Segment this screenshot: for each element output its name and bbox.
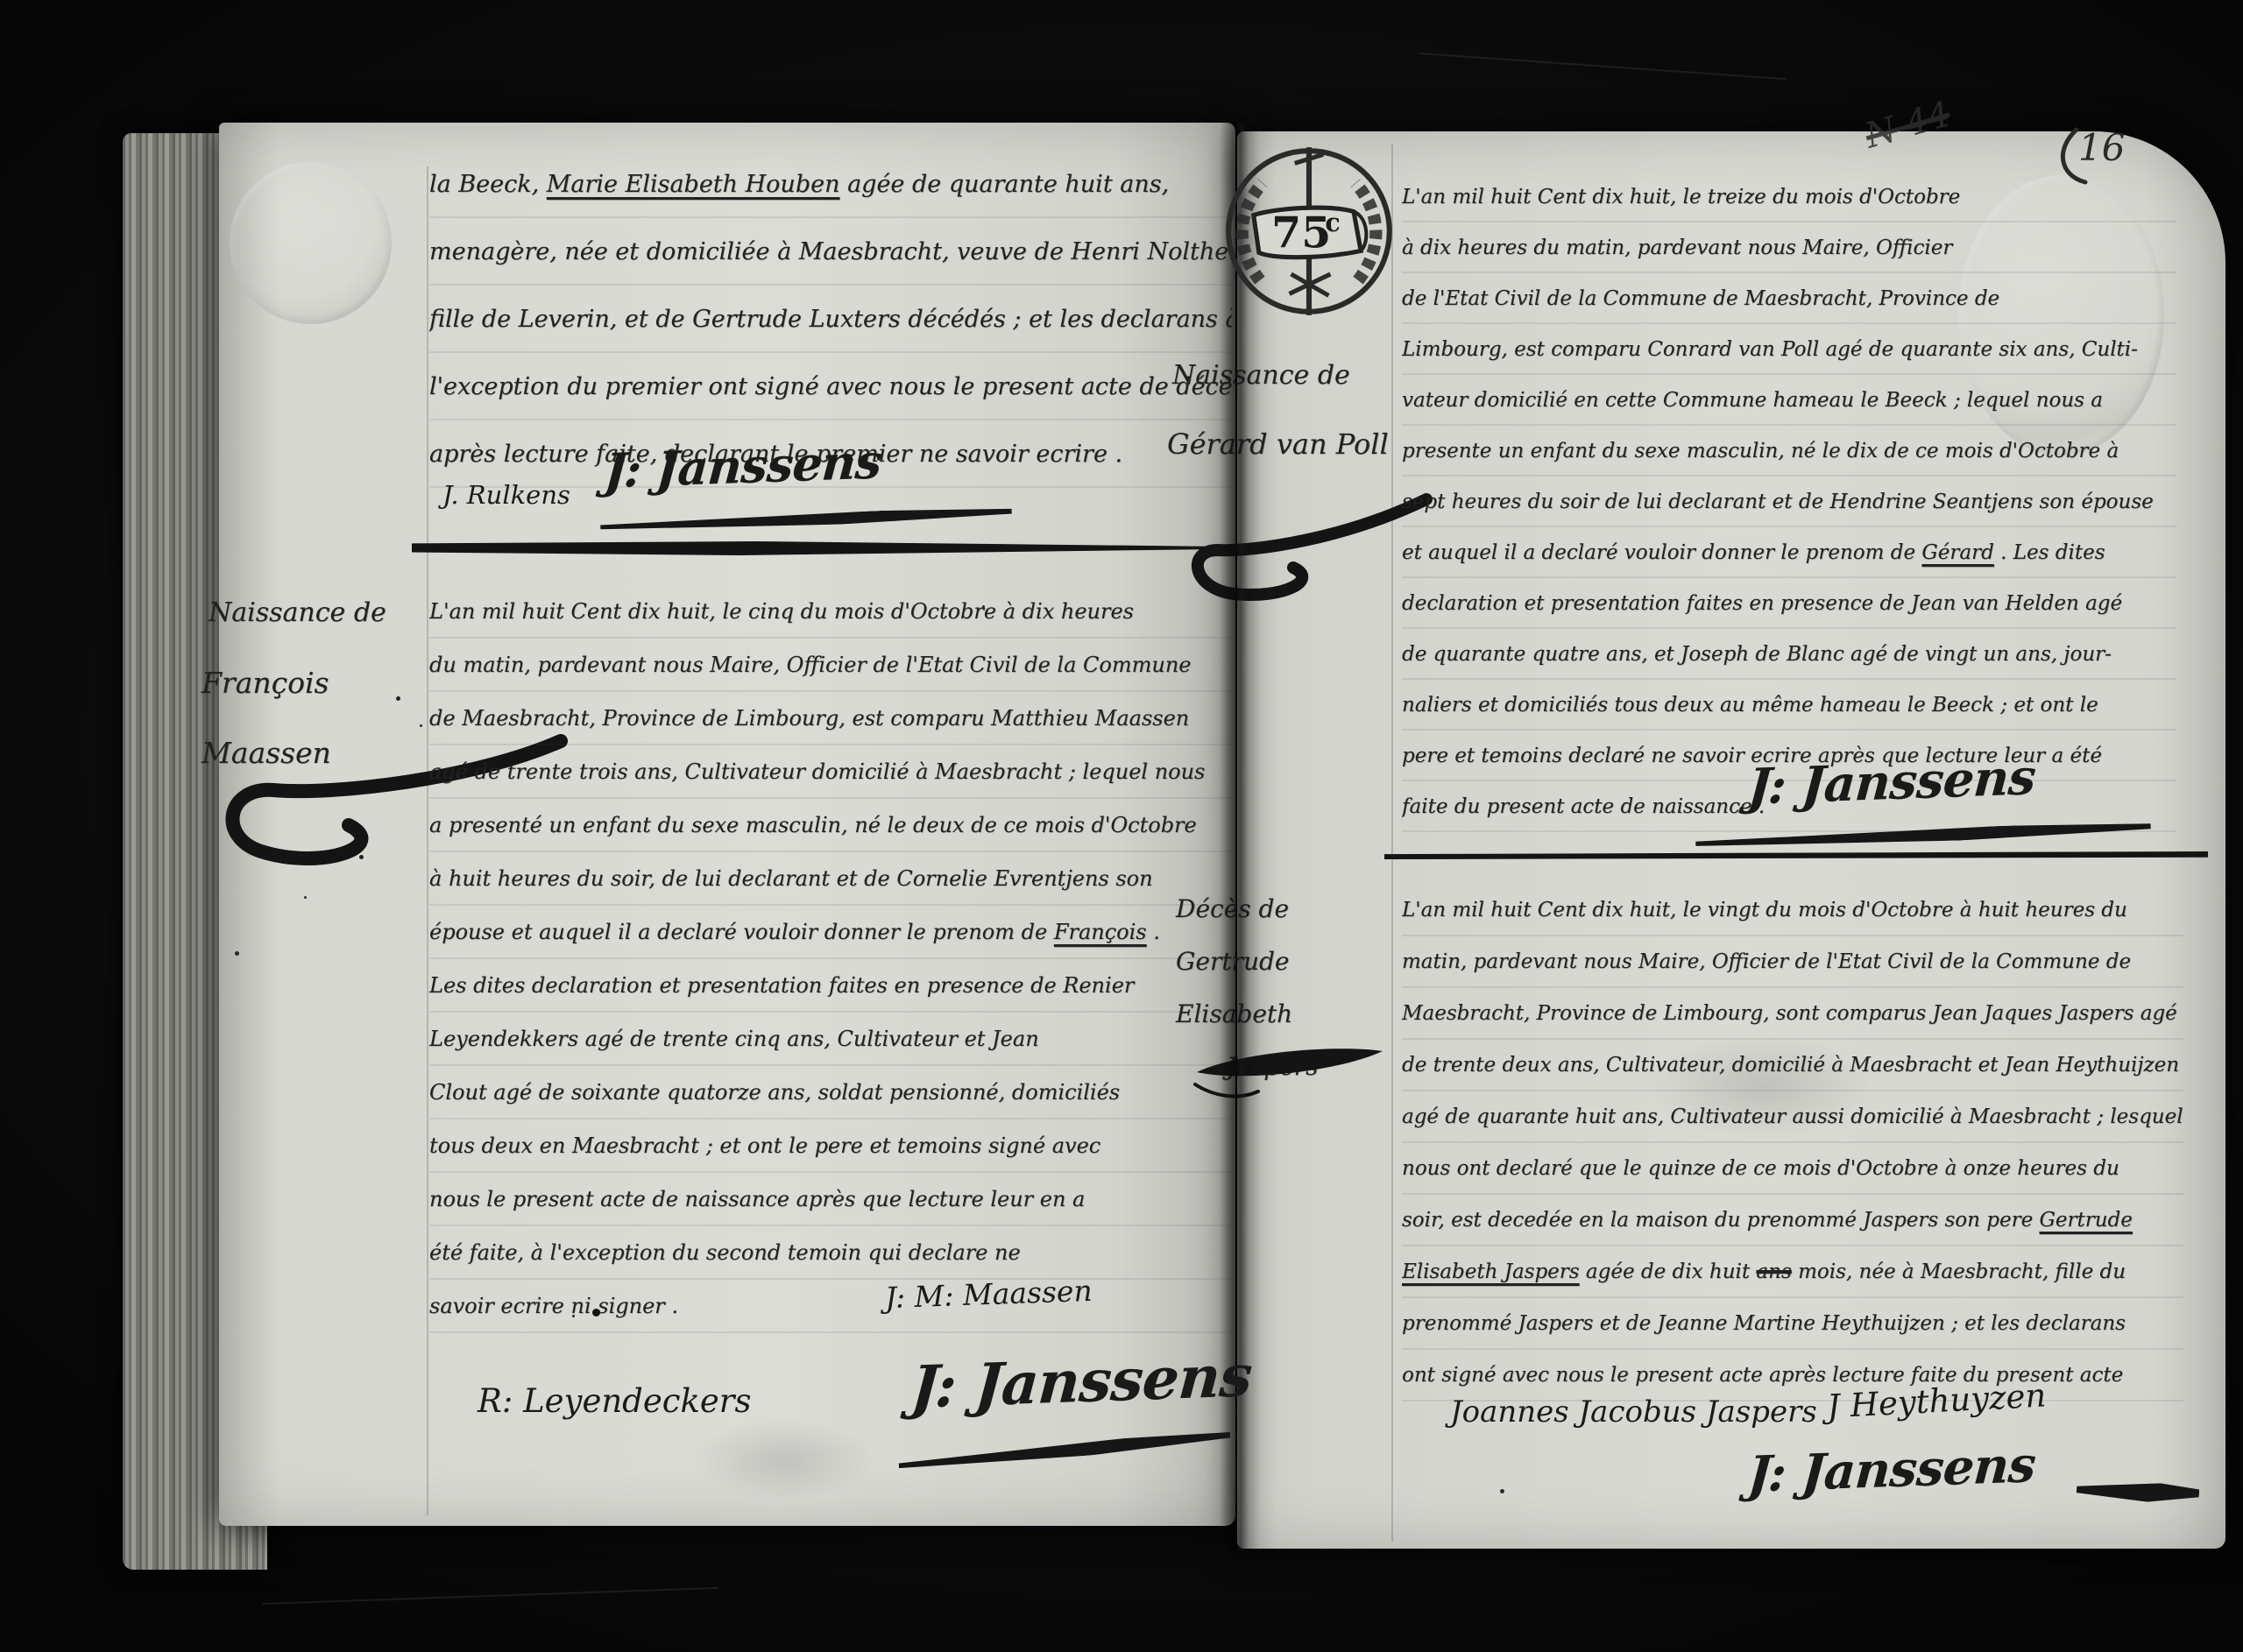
text-line: l'exception du premier ont signé avec no…	[429, 353, 1232, 420]
embossed-seal-left	[230, 162, 392, 324]
signature-janssens-3: J: Janssens	[1746, 748, 2037, 816]
text-line: a presenté un enfant du sexe masculin, n…	[429, 799, 1232, 852]
death-record-jaspers-text: L'an mil huit Cent dix huit, le vingt du…	[1402, 885, 2183, 1401]
text-line: Naissance de	[1172, 342, 1418, 410]
signature-leyendeckers: R: Leyendeckers	[478, 1382, 751, 1420]
text-line: Leyendekkers agé de trente cinq ans, Cul…	[429, 1013, 1232, 1066]
text-line: Naissance de	[209, 578, 454, 648]
text-line: de l'Etat Civil de la Commune de Maesbra…	[1402, 273, 2176, 324]
text-line: L'an mil huit Cent dix huit, le cinq du …	[429, 585, 1232, 639]
text-line: tous deux en Maesbracht ; et ont le pere…	[429, 1119, 1232, 1173]
text-line: Les dites declaration et presentation fa…	[429, 959, 1232, 1013]
stamp-value: 75	[1271, 207, 1331, 258]
text-line: sept heures du soir de lui declarant et …	[1402, 477, 2176, 527]
text-line: declaration et presentation faites en pr…	[1402, 578, 2176, 629]
ink-dot	[592, 1309, 600, 1317]
book-gutter-shadow	[1220, 123, 1260, 1550]
text-line: Décès de	[1176, 883, 1412, 935]
signature-janssens-4: J: Janssens	[1746, 1436, 2037, 1504]
text-line: Gertrude Elisabeth	[1176, 935, 1412, 1041]
signature-jaspers: Joannes Jacobus Jaspers	[1450, 1394, 1817, 1430]
text-line: de quarante quatre ans, et Joseph de Bla…	[1402, 629, 2176, 680]
text-line: été faite, à l'exception du second temoi…	[429, 1226, 1232, 1280]
text-line: de trente deux ans, Cultivateur, domicil…	[1402, 1040, 2183, 1091]
text-line: matin, pardevant nous Maire, Officier de…	[1402, 936, 2183, 988]
signature-janssens-2: J: Janssens	[909, 1341, 1254, 1422]
text-line: menagère, née et domiciliée à Maesbracht…	[429, 218, 1232, 286]
text-line: à huit heures du soir, de lui declarant …	[429, 852, 1232, 906]
text-line: Elisabeth Jaspers agée de dix huit ans m…	[1402, 1246, 2183, 1298]
page-number: 16	[2048, 124, 2125, 189]
stamp-value-unit: c	[1325, 208, 1340, 237]
signature-rulkens: J. Rulkens	[442, 480, 570, 510]
revenue-stamp-75c: 75 c	[1220, 142, 1398, 321]
text-line: Maesbracht, Province de Limbourg, sont c…	[1402, 988, 2183, 1040]
text-line: presente un enfant du sexe masculin, né …	[1402, 426, 2176, 477]
text-line: nous le present acte de naissance après …	[429, 1173, 1232, 1226]
signature-maassen-inline: J: M: Maassen	[884, 1274, 1093, 1315]
text-line: et auquel il a declaré vouloir donner le…	[1402, 527, 2176, 578]
birth-record-van-poll-text: L'an mil huit Cent dix huit, le treize d…	[1402, 172, 2176, 832]
scanned-register-spread: N 44 16 75 c la Beeck, Marie Elisabeth H…	[0, 0, 2243, 1652]
birth-record-maassen-text: L'an mil huit Cent dix huit, le cinq du …	[429, 585, 1232, 1333]
text-line: prenommé Jaspers et de Jeanne Martine He…	[1402, 1298, 2183, 1350]
text-line: savoir ecrire ni signer .	[429, 1280, 1232, 1333]
scan-scratch	[263, 1587, 718, 1605]
text-line: fille de Leverin, et de Gertrude Luxters…	[429, 286, 1232, 353]
text-line: épouse et auquel il a declaré vouloir do…	[429, 906, 1232, 959]
text-line: vateur domicilié en cette Commune hameau…	[1402, 375, 2176, 426]
text-line: Gérard van Poll	[1167, 410, 1418, 478]
text-line: nous ont declaré que le quinze de ce moi…	[1402, 1143, 2183, 1195]
margin-flourish	[1185, 1027, 1395, 1105]
text-line: agé de trente trois ans, Cultivateur dom…	[429, 745, 1232, 799]
page-number-value: 16	[2078, 126, 2125, 169]
text-line: la Beeck, Marie Elisabeth Houben agée de…	[429, 151, 1232, 218]
text-line: Clout agé de soixante quatorze ans, sold…	[429, 1066, 1232, 1119]
scan-scratch	[1419, 53, 1787, 80]
margin-note-birth-van-poll: Naissance deGérard van Poll	[1172, 342, 1418, 478]
text-line: à dix heures du matin, pardevant nous Ma…	[1402, 222, 2176, 273]
text-line: L'an mil huit Cent dix huit, le vingt du…	[1402, 885, 2183, 936]
text-line: agé de quarante huit ans, Cultivateur au…	[1402, 1091, 2183, 1143]
ink-smudge	[692, 1419, 876, 1502]
text-line: de Maesbracht, Province de Limbourg, est…	[429, 692, 1232, 745]
text-line: Limbourg, est comparu Conrard van Poll a…	[1402, 324, 2176, 375]
text-line: soir, est decedée en la maison du prenom…	[1402, 1195, 2183, 1246]
text-line: naliers et domiciliés tous deux au même …	[1402, 680, 2176, 731]
signature-janssens-1: J: Janssens	[603, 433, 883, 498]
text-line: du matin, pardevant nous Maire, Officier…	[429, 639, 1232, 692]
